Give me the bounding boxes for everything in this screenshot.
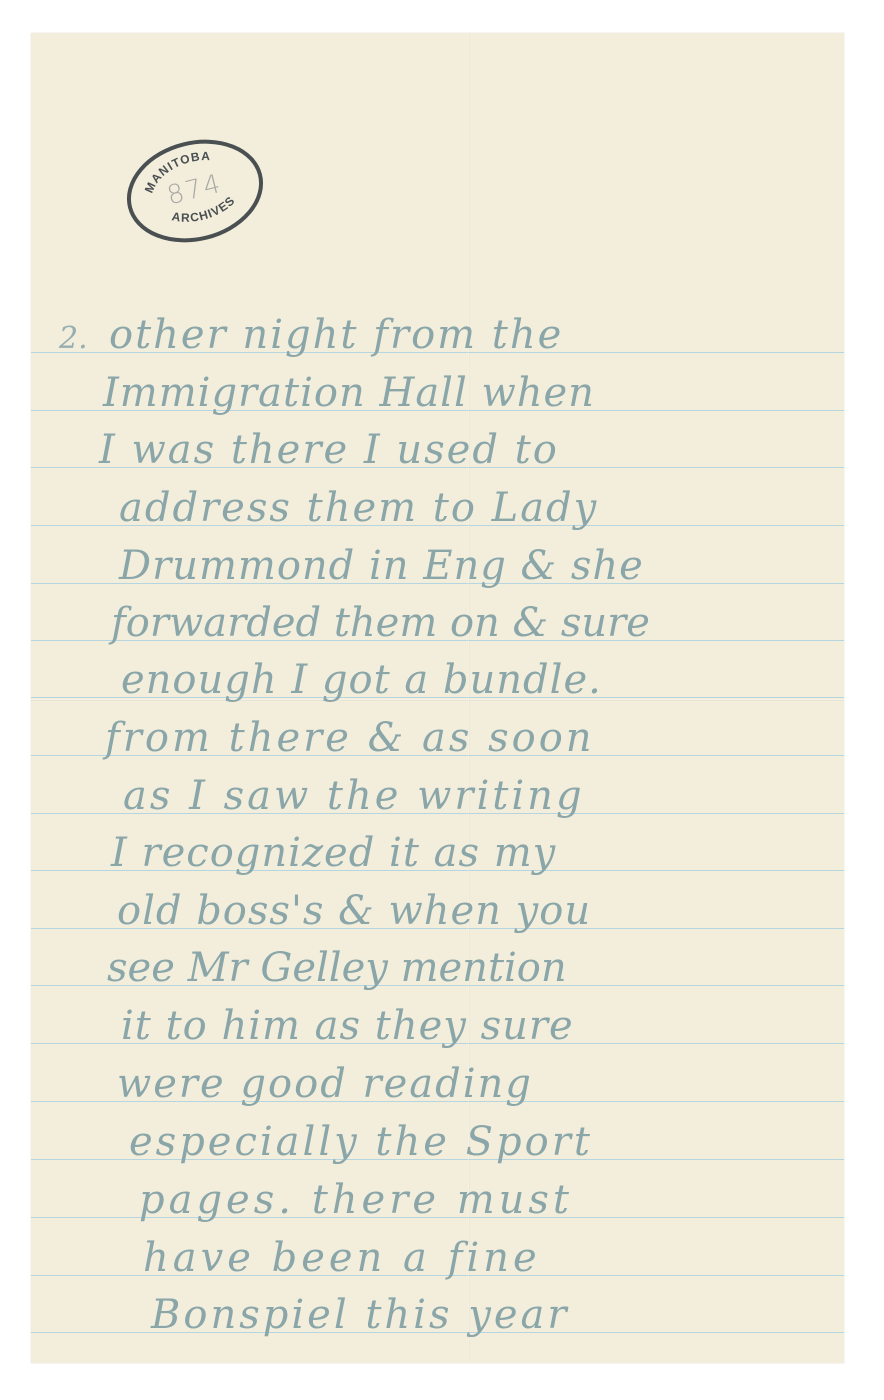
handwritten-line: from there & as soon [105,718,595,758]
handwritten-line: as I saw the writing [123,776,585,816]
handwritten-line: especially the Sport [129,1122,593,1162]
handwritten-line: have been a fine [143,1238,541,1278]
archives-stamp: MANITOBA ARCHIVES 874 [114,123,277,258]
handwritten-line: were good reading [117,1064,533,1104]
handwritten-line: I was there I used to [99,430,559,470]
handwritten-line: enough I got a bundle. [121,660,602,700]
handwritten-line: see Mr Gelley mention [107,948,567,988]
handwritten-line: address them to Lady [119,488,598,528]
letter-page: MANITOBA ARCHIVES 874 2. other night fro… [31,33,844,1363]
handwritten-line: old boss's & when you [117,891,591,931]
page-number: 2. [59,321,88,356]
handwritten-line: Drummond in Eng & she [119,546,644,586]
handwritten-line: Immigration Hall when [103,373,595,413]
handwritten-line: I recognized it as my [111,833,556,873]
handwritten-line: other night from the [109,315,563,355]
handwritten-line: forwarded them on & sure [111,603,650,643]
handwritten-line: Bonspiel this year [151,1295,569,1335]
handwritten-line: pages. there must [139,1180,573,1220]
handwritten-line: it to him as they sure [121,1006,574,1046]
